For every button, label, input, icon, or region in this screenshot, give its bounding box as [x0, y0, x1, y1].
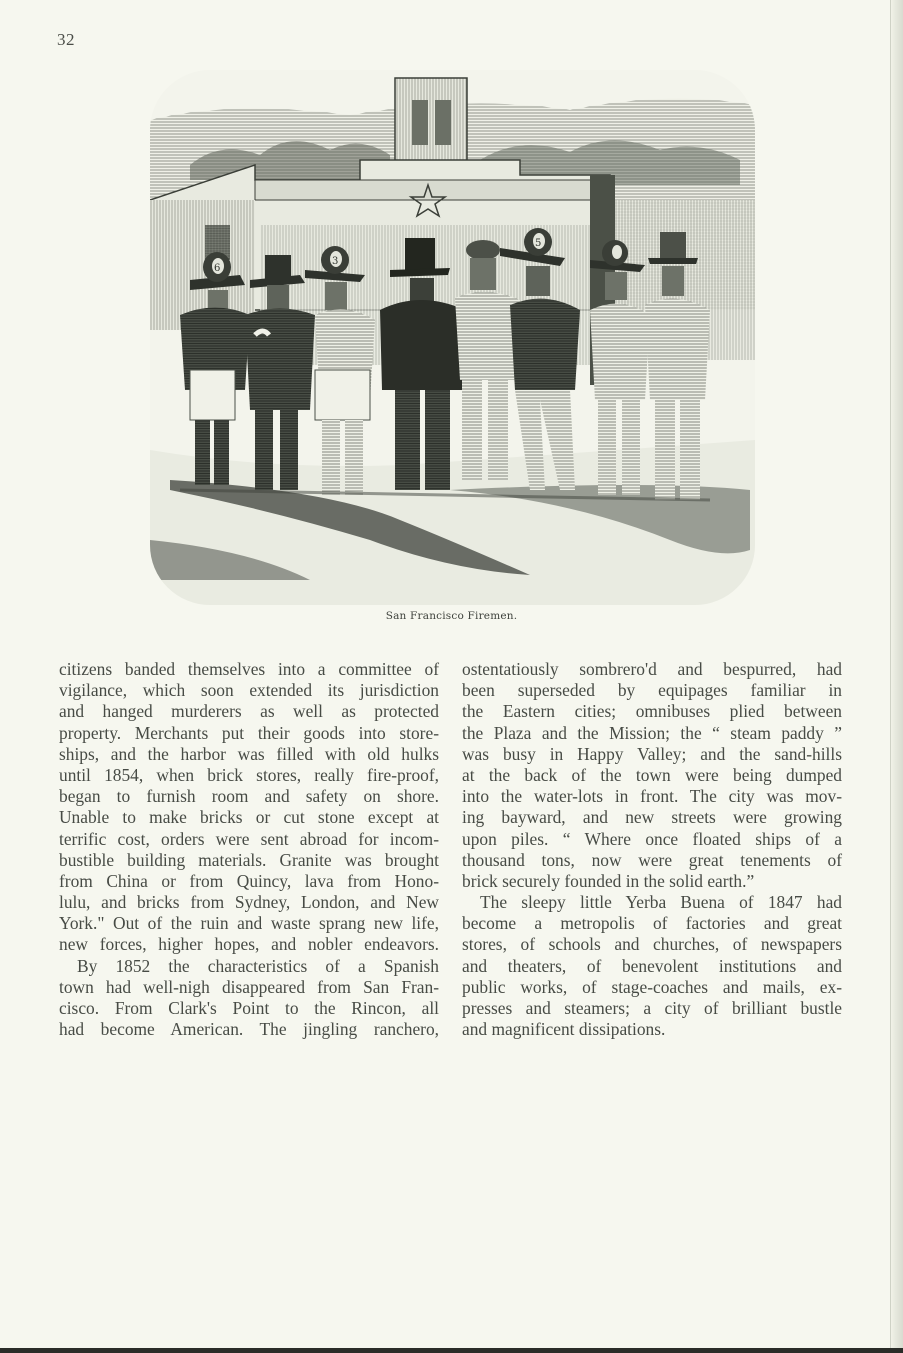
text-line: at the back of the town were being dumpe…	[462, 765, 842, 786]
paragraph-end-line: brick securely founded in the solid eart…	[462, 871, 842, 892]
text-line: bustible building materials. Granite was…	[59, 850, 439, 871]
text-line: ships, and the harbor was filled with ol…	[59, 744, 439, 765]
text-line: began to furnish room and safety on shor…	[59, 786, 439, 807]
text-line: the Plaza and the Mission; the “ steam p…	[462, 723, 842, 744]
text-line: was busy in Happy Valley; and the sand-h…	[462, 744, 842, 765]
engraving-image: 6 3	[150, 70, 755, 605]
text-line: been superseded by equipages familiar in	[462, 680, 842, 701]
paragraph-start-line: By 1852 the characteristics of a Spanish	[59, 956, 439, 977]
text-line: had become American. The jingling ranche…	[59, 1019, 439, 1040]
text-line: stores, of schools and churches, of news…	[462, 934, 842, 955]
text-line: ing bayward, and new streets were growin…	[462, 807, 842, 828]
text-line: terrific cost, orders were sent abroad f…	[59, 829, 439, 850]
text-column-right: ostentatiously sombrero'd and bespurred,…	[462, 659, 842, 1040]
svg-text:3: 3	[332, 256, 338, 267]
svg-text:6: 6	[214, 263, 220, 274]
text-line: public works, of stage-coaches and mails…	[462, 977, 842, 998]
text-line: and theaters, of benevolent institutions…	[462, 956, 842, 977]
text-line: presses and steamers; a city of brillian…	[462, 998, 842, 1019]
illustration-caption: San Francisco Firemen.	[0, 610, 903, 622]
text-column-left: citizens banded themselves into a commit…	[59, 659, 439, 1040]
text-line: into the water-lots in front. The city w…	[462, 786, 842, 807]
page-number: 32	[57, 30, 75, 50]
paragraph-end-line: and magnificent dissipations.	[462, 1019, 842, 1040]
text-line: and hanged murderers as well as protecte…	[59, 701, 439, 722]
text-line: Unable to make bricks or cut stone excep…	[59, 807, 439, 828]
text-line: cisco. From Clark's Point to the Rincon,…	[59, 998, 439, 1019]
text-line: upon piles. “ Where once floated ships o…	[462, 829, 842, 850]
svg-text:5: 5	[535, 238, 541, 249]
text-line: property. Merchants put their goods into…	[59, 723, 439, 744]
text-line: citizens banded themselves into a commit…	[59, 659, 439, 680]
text-line: the Eastern cities; omnibuses plied betw…	[462, 701, 842, 722]
text-line: until 1854, when brick stores, really fi…	[59, 765, 439, 786]
text-line: become a metropolis of factories and gre…	[462, 913, 842, 934]
paragraph-start-line: The sleepy little Yerba Buena of 1847 ha…	[462, 892, 842, 913]
text-line: new forces, higher hopes, and nobler end…	[59, 934, 439, 955]
text-line: from China or from Quincy, lava from Hon…	[59, 871, 439, 892]
text-line: York." Out of the ruin and waste sprang …	[59, 913, 439, 934]
text-line: lulu, and bricks from Sydney, London, an…	[59, 892, 439, 913]
text-line: ostentatiously sombrero'd and bespurred,…	[462, 659, 842, 680]
text-line: town had well-nigh disappeared from San …	[59, 977, 439, 998]
text-line: thousand tons, now were great tenements …	[462, 850, 842, 871]
page-edge	[890, 0, 903, 1353]
page-bottom-edge	[0, 1348, 903, 1353]
firemen-engraving: 6 3	[150, 70, 755, 605]
text-line: vigilance, which soon extended its juris…	[59, 680, 439, 701]
